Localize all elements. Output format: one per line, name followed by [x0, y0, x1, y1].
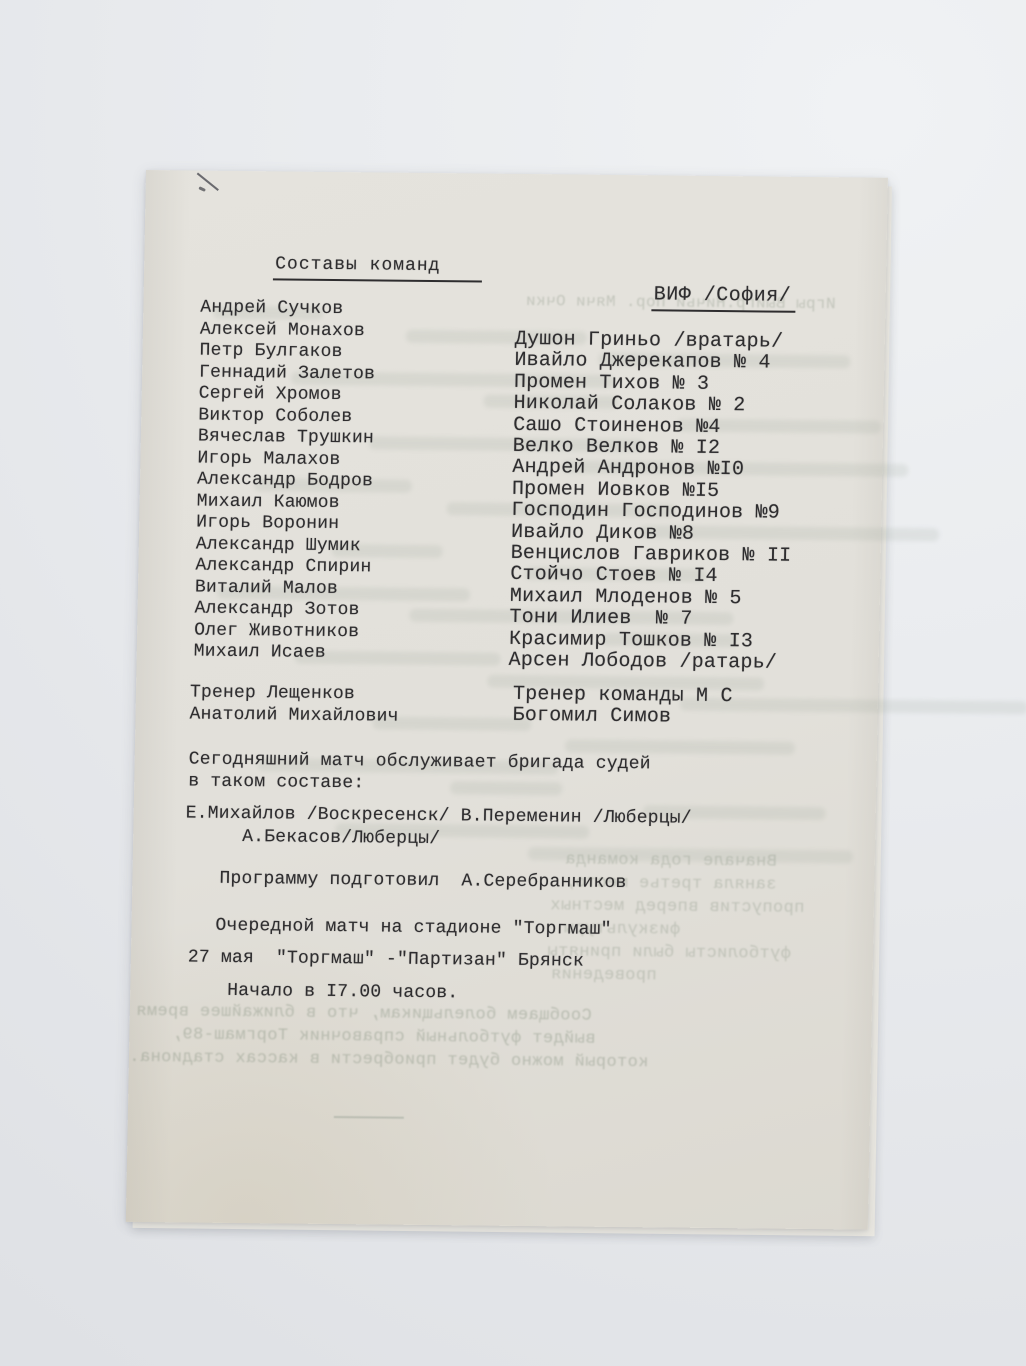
player-name-left: Сергей Хромов	[198, 384, 374, 407]
pen-mark-dot	[198, 186, 206, 192]
coach-block-right: Тренер команды М С Богомил Симов	[512, 684, 732, 729]
photo-background: Игры Выигр.Ничьи Пор. Мячи ОчкиВначале г…	[0, 0, 1026, 1366]
team-column-right: Душон Гриньо /вратарь/Ивайло Джерекапов …	[508, 329, 795, 674]
team-column-left: Андрей СучковАлексей МонаховПетр Булгако…	[194, 298, 377, 665]
player-name-left: Александр Бодров	[197, 470, 373, 493]
paper-sheet: Игры Выигр.Ничьи Пор. Мячи ОчкиВначале г…	[126, 170, 888, 1230]
player-name-left: Виталий Малов	[195, 577, 371, 600]
player-name-left: Александр Шумик	[196, 534, 372, 557]
referee-names-line2: А.Бекасов/Люберцы/	[242, 827, 440, 851]
coach-right-line2: Богомил Симов	[512, 705, 732, 729]
player-name-left: Петр Булгаков	[199, 341, 375, 364]
bleed-noise-strip	[565, 739, 795, 754]
prepared-by-line: Программу подготовил А.Серебранников	[219, 869, 626, 895]
player-name-left: Игорь Малахов	[197, 448, 373, 471]
pen-mark	[146, 170, 888, 178]
bleedthrough-fragment: который можно будет приобрести в кассах …	[129, 1048, 649, 1072]
player-name-left: Михаил Каюмов	[196, 491, 372, 514]
player-name-left: Виктор Соболев	[198, 405, 374, 428]
player-name-left: Михаил Исаев	[194, 642, 370, 665]
bleedthrough-fragment: Сообщаем болельщикам, что в ближайшее вр…	[136, 1002, 592, 1026]
next-match-intro-line: Очередной матч на стадионе "Торгмаш"	[215, 916, 611, 942]
coach-left-line2: Анатолий Михайлович	[189, 704, 398, 728]
player-name-left: Игорь Воронин	[196, 513, 372, 536]
player-name-left: Алексей Монахов	[200, 319, 376, 342]
player-name-left: Олег Животников	[194, 620, 370, 643]
bleed-noise-layer	[146, 170, 888, 178]
player-name-right: Арсен Лободов /ратарь/	[508, 650, 789, 674]
vif-team-header: ВИФ /София/	[651, 283, 795, 312]
player-name-left: Александр Спирин	[195, 556, 371, 579]
coach-block-left: Тренер Лещенков Анатолий Михайлович	[189, 682, 399, 727]
bleedthrough-layer: Игры Выигр.Ничьи Пор. Мячи ОчкиВначале г…	[146, 170, 888, 178]
player-name-left: Вячеслав Трушкин	[198, 427, 374, 450]
start-time-line: Начало в I7.00 часов.	[227, 981, 458, 1005]
coach-left-line1: Тренер Лещенков	[190, 682, 399, 706]
player-name-left: Андрей Сучков	[200, 298, 376, 321]
bleedthrough-fragment: пропустив вперед местных	[550, 896, 805, 918]
player-name-left: Александр Зотов	[194, 599, 370, 622]
bleedthrough-underline	[334, 1116, 404, 1119]
page-title: Составы команд	[273, 254, 483, 282]
referee-intro: Сегодняшний матч обслуживает бригада суд…	[188, 749, 651, 797]
player-name-left: Геннадий Залетов	[199, 362, 375, 385]
referee-names-line1: Е.Михайлов /Воскресенск/ В.Переменин /Лю…	[185, 803, 691, 830]
next-match-teams-line: 27 мая "Торгмаш" -"Партизан" Брянск	[188, 947, 584, 973]
bleedthrough-fragment: выйдет футбольный справочник Торгмаш-89,	[171, 1025, 595, 1048]
